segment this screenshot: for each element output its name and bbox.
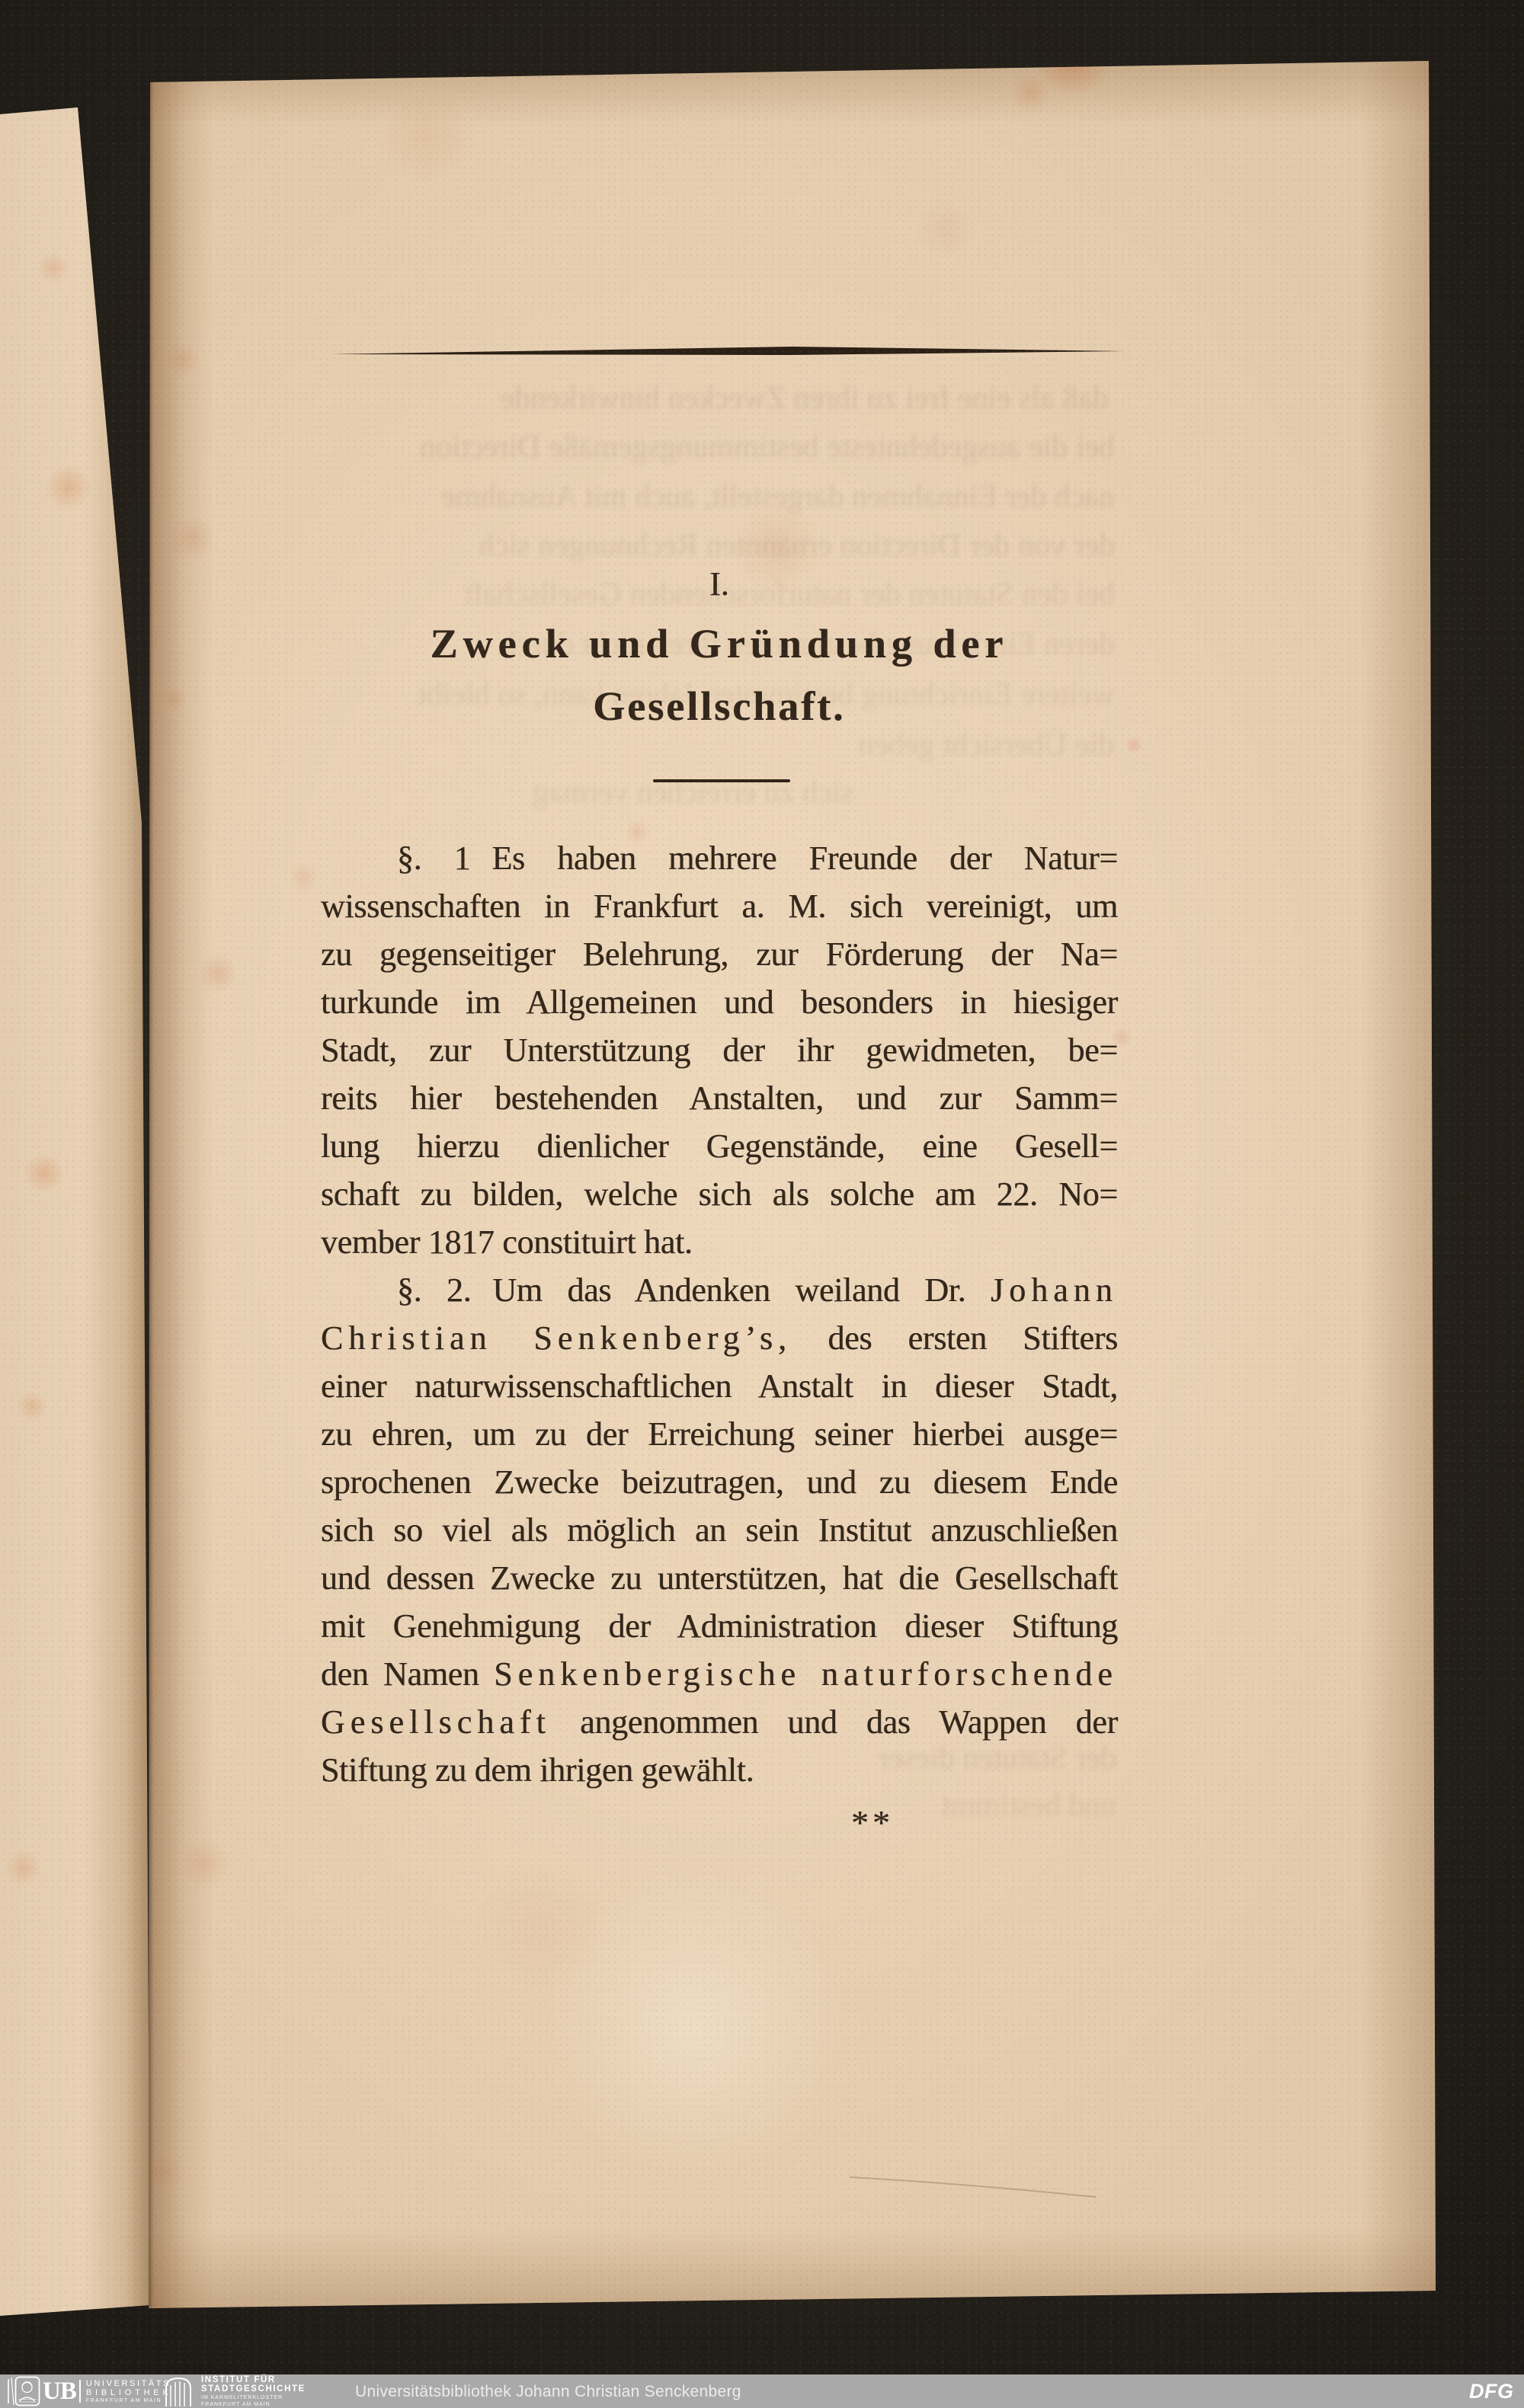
karmeliterkloster-arch-icon [164, 2375, 193, 2407]
body-text-line: den Namen Senkenbergische naturforschend… [321, 1650, 1118, 1698]
body-text-line: sich so viel als möglich an sein Institu… [321, 1506, 1118, 1554]
emphasized-spaced-text: Christian Senkenberg’s, [321, 1319, 792, 1357]
text-segment: turkunde im Allgemeinen und besonders in… [321, 983, 1118, 1021]
text-segment: reits hier bestehenden Anstalten, und zu… [321, 1079, 1118, 1117]
text-segment: und dessen Zwecke zu unterstützen, hat d… [321, 1559, 1118, 1597]
body-text-line: Stiftung zu dem ihrigen gewählt. [321, 1746, 1118, 1794]
emphasized-spaced-text: Gesellschaft [321, 1703, 551, 1741]
text-segment: einer naturwissenschaftlichen Anstalt in… [321, 1367, 1118, 1405]
library-attribution-label: Universitätsbibliothek Johann Christian … [355, 2374, 741, 2408]
text-segment: Es haben mehrere Freunde der Natur= [492, 839, 1119, 877]
text-segment: §. 1 [397, 839, 471, 877]
text-segment: des ersten Stifters [792, 1319, 1118, 1357]
body-text-line: §. 1Es haben mehrere Freunde der Natur= [321, 834, 1118, 882]
title-divider-rule [653, 779, 790, 782]
text-segment: angenommen und das Wappen der [551, 1703, 1118, 1741]
text-segment: den Namen [321, 1655, 494, 1693]
chapter-title-line2: Gesellschaft. [321, 681, 1118, 731]
emphasized-spaced-text: Johann [991, 1271, 1118, 1309]
statute-body-text: §. 1Es haben mehrere Freunde der Natur=w… [321, 834, 1118, 1794]
ub-name-line3: FRANKFURT AM MAIN [86, 2397, 172, 2404]
body-text-line: reits hier bestehenden Anstalten, und zu… [321, 1074, 1118, 1122]
body-text-line: Gesellschaft angenommen und das Wappen d… [321, 1698, 1118, 1746]
institute-name-line2: STADTGESCHICHTE [201, 2384, 306, 2394]
body-text-line: lung hierzu dienlicher Gegenstände, eine… [321, 1122, 1118, 1170]
emphasized-spaced-text: Senkenbergische naturforschende [494, 1655, 1118, 1693]
text-segment: schaft zu bilden, welche sich als solche… [321, 1175, 1118, 1213]
text-segment: §. 2. [397, 1271, 471, 1309]
logo-separator [79, 2380, 81, 2403]
body-text-line: §. 2.Um das Andenken weiland Dr. Johann [321, 1266, 1118, 1314]
paper-scratch [850, 2177, 1096, 2197]
body-text-line: vember 1817 constituirt hat. [321, 1218, 1118, 1266]
scanned-book-page-viewer: daß als eine frei zu ihren Zwecken hinwi… [0, 0, 1524, 2408]
body-text-line: schaft zu bilden, welche sich als solche… [321, 1170, 1118, 1218]
chapter-title-line1: Zweck und Gründung der [321, 619, 1118, 669]
tapered-header-rule [330, 347, 1125, 355]
body-text-line: und dessen Zwecke zu unterstützen, hat d… [321, 1554, 1118, 1602]
institute-name-line3: IM KARMELITERKLOSTER [201, 2395, 306, 2401]
body-text-line: Stadt, zur Unterstützung der ihr gewidme… [321, 1026, 1118, 1074]
text-segment: Um das Andenken weiland Dr. [492, 1271, 991, 1309]
body-text-line: sprochenen Zwecke beizutragen, und zu di… [321, 1458, 1118, 1506]
body-text-line: turkunde im Allgemeinen und besonders in… [321, 978, 1118, 1026]
body-text-line: zu gegenseitiger Belehrung, zur Förderun… [321, 930, 1118, 978]
text-segment: sich so viel als möglich an sein Institu… [321, 1511, 1118, 1549]
text-segment: wissenschaften in Frankfurt a. M. sich v… [321, 887, 1118, 925]
body-text-line: zu ehren, um zu der Erreichung seiner hi… [321, 1410, 1118, 1458]
institut-stadtgeschichte-logo: INSTITUT FÜR STADTGESCHICHTE IM KARMELIT… [164, 2376, 306, 2406]
text-segment: zu gegenseitiger Belehrung, zur Förderun… [321, 935, 1118, 973]
text-segment: sprochenen Zwecke beizutragen, und zu di… [321, 1463, 1118, 1501]
ub-name-line1: UNIVERSITÄTS [86, 2379, 172, 2388]
text-segment: vember 1817 constituirt hat. [321, 1223, 693, 1261]
body-text-line: mit Genehmigung der Administration diese… [321, 1602, 1118, 1650]
body-text-line: einer naturwissenschaftlichen Anstalt in… [321, 1362, 1118, 1410]
printers-signature-mark: ** [851, 1802, 894, 1843]
footer-bar: UB UNIVERSITÄTS BIBLIOTHEK FRANKFURT AM … [0, 2374, 1524, 2408]
book-page: daß als eine frei zu ihren Zwecken hinwi… [0, 0, 1524, 2408]
text-segment: Stiftung zu dem ihrigen gewählt. [321, 1751, 754, 1789]
text-segment: lung hierzu dienlicher Gegenstände, eine… [321, 1127, 1118, 1165]
ub-logo: UB UNIVERSITÄTS BIBLIOTHEK FRANKFURT AM … [6, 2376, 172, 2406]
institute-name-line4: FRANKFURT AM MAIN [201, 2402, 306, 2408]
section-number: I. [321, 567, 1118, 602]
text-segment: mit Genehmigung der Administration diese… [321, 1607, 1118, 1645]
body-text-line: wissenschaften in Frankfurt a. M. sich v… [321, 882, 1118, 930]
text-segment: zu ehren, um zu der Erreichung seiner hi… [321, 1415, 1118, 1453]
text-segment: Stadt, zur Unterstützung der ihr gewidme… [321, 1031, 1118, 1069]
ub-abbreviation: UB [43, 2376, 76, 2406]
institute-name-line1: INSTITUT FÜR [201, 2375, 306, 2385]
ub-goethe-portrait-icon [6, 2376, 41, 2406]
ub-name-line2: BIBLIOTHEK [86, 2388, 172, 2397]
body-text-line: Christian Senkenberg’s, des ersten Stift… [321, 1314, 1118, 1362]
dfg-logo: DFG [1469, 2374, 1514, 2408]
